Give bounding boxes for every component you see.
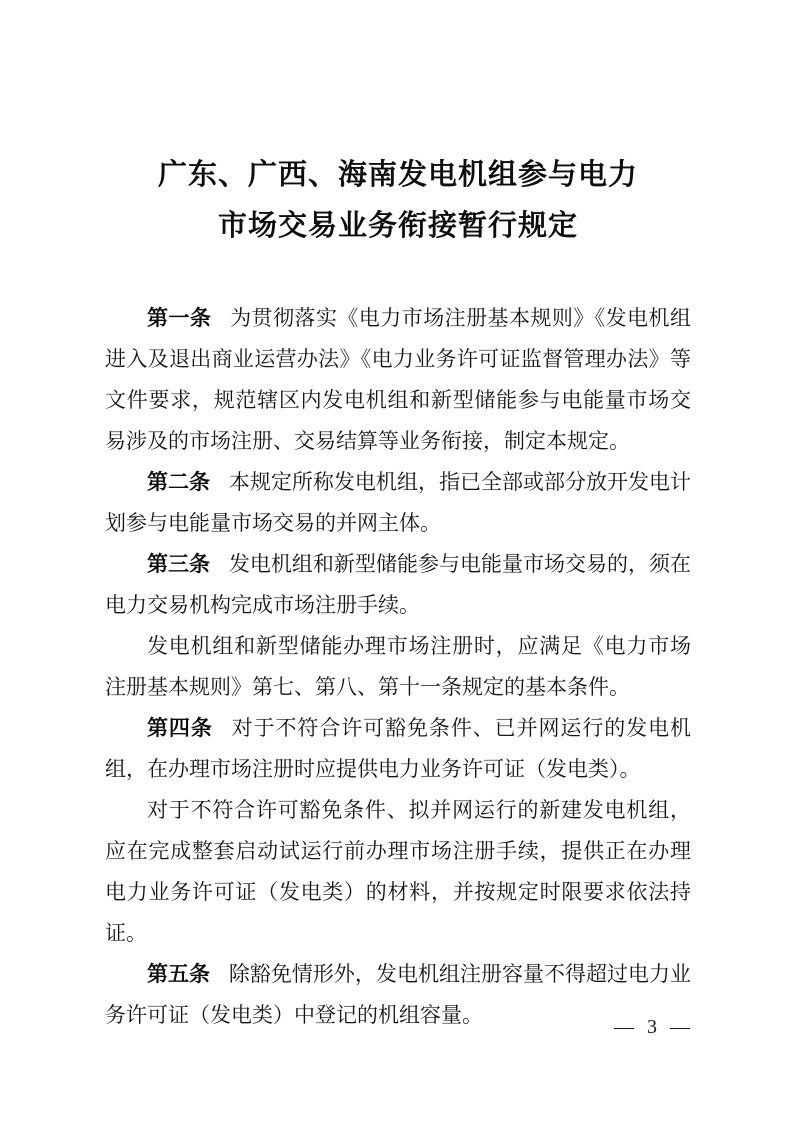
article-paragraph-5: 第五条除豁免情形外，发电机组注册容量不得超过电力业务许可证（发电类）中登记的机组…	[105, 954, 691, 1036]
article-paragraph-3-continued: 发电机组和新型储能办理市场注册时，应满足《电力市场注册基本规则》第七、第八、第十…	[105, 626, 691, 708]
article-paragraph-1: 第一条为贯彻落实《电力市场注册基本规则》《发电机组进入及退出商业运营办法》《电力…	[105, 298, 691, 462]
article-number-3: 第三条	[147, 552, 210, 576]
title-line-2: 市场交易业务衔接暂行规定	[105, 201, 691, 252]
article-paragraph-4: 第四条对于不符合许可豁免条件、已并网运行的发电机组，在办理市场注册时应提供电力业…	[105, 708, 691, 790]
document-title: 广东、广西、海南发电机组参与电力 市场交易业务衔接暂行规定	[105, 150, 691, 252]
article-text-4b: 对于不符合许可豁免条件、拟并网运行的新建发电机组，应在完成整套启动试运行前办理市…	[105, 798, 691, 945]
article-number-4: 第四条	[147, 716, 213, 740]
article-paragraph-4-continued: 对于不符合许可豁免条件、拟并网运行的新建发电机组，应在完成整套启动试运行前办理市…	[105, 790, 691, 954]
article-paragraph-3: 第三条发电机组和新型储能参与电能量市场交易的，须在电力交易机构完成市场注册手续。	[105, 544, 691, 626]
article-number-5: 第五条	[147, 962, 210, 986]
article-paragraph-2: 第二条本规定所称发电机组，指已全部或部分放开发电计划参与电能量市场交易的并网主体…	[105, 462, 691, 544]
document-page: 广东、广西、海南发电机组参与电力 市场交易业务衔接暂行规定 第一条为贯彻落实《电…	[0, 0, 794, 1123]
document-content: 广东、广西、海南发电机组参与电力 市场交易业务衔接暂行规定 第一条为贯彻落实《电…	[105, 150, 691, 1036]
page-number: — 3 —	[614, 1016, 694, 1039]
title-line-1: 广东、广西、海南发电机组参与电力	[105, 150, 691, 201]
article-text-3b: 发电机组和新型储能办理市场注册时，应满足《电力市场注册基本规则》第七、第八、第十…	[105, 634, 691, 699]
article-number-2: 第二条	[147, 470, 210, 494]
article-number-1: 第一条	[147, 306, 211, 330]
document-body: 第一条为贯彻落实《电力市场注册基本规则》《发电机组进入及退出商业运营办法》《电力…	[105, 298, 691, 1036]
